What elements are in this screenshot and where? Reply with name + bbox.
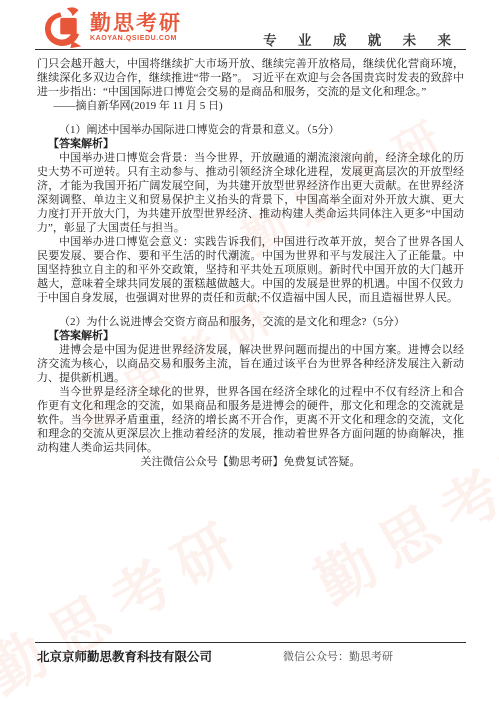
brand-url: KAOYAN.QSIEDU.COM — [90, 35, 182, 42]
question-1: （1）阐述中国举办国际进口博览会的背景和意义。（5分） — [37, 123, 464, 137]
page-header: 勤思考研 KAOYAN.QSIEDU.COM 专 业 成 就 未 来 — [37, 6, 466, 49]
document-page: 勤思考研 勤思考研 勤思考研 勤思考研 勤思考研 KAOYAN.QSIEDU.C… — [0, 0, 499, 703]
wechat-cta-line: 关注微信公众号【勤思考研】免费复试答疑。 — [37, 455, 464, 469]
answer-2-paragraph-1: 进博会是中国为促进世界经济发展，解决世界问题而提出的中国方案。进博会以经济交流为… — [37, 343, 464, 385]
brand-name: 勤思考研 — [90, 13, 182, 35]
brand-watermark: 勤思考研 — [0, 494, 260, 703]
brand-text-block: 勤思考研 KAOYAN.QSIEDU.COM — [90, 13, 182, 42]
qinsi-logo-icon — [41, 6, 85, 50]
brand-tagline: 专 业 成 就 未 来 — [263, 29, 460, 49]
header-divider — [35, 49, 466, 50]
answer-1-paragraph-1: 中国举办进口博览会背景：当今世界，开放融通的潮流滚滚向前，经济全球化的历史大势不… — [37, 151, 464, 235]
document-content: 门只会越开越大，中国将继续扩大市场开放、继续完善开放格局，继续优化营商环境，继续… — [37, 57, 464, 469]
brand-logo: 勤思考研 KAOYAN.QSIEDU.COM — [41, 6, 182, 50]
spacer — [37, 305, 464, 315]
source-line: ——摘自新华网(2019 年 11 月 5 日) — [37, 99, 464, 113]
company-name: 北京京师勤思教育科技有限公司 — [37, 647, 212, 665]
answer-2-paragraph-2: 当今世界是经济全球化的世界，世界各国在经济全球化的过程中不仅有经济上和合作更有文… — [37, 385, 464, 455]
answer-1-paragraph-2: 中国举办进口博览会意义：实践告诉我们，中国进行改革开放，契合了世界各国人民要发展… — [37, 235, 464, 305]
intro-paragraph: 门只会越开越大，中国将继续扩大市场开放、继续完善开放格局，继续优化营商环境，继续… — [37, 57, 464, 99]
answer-header-2: 【答案解析】 — [37, 329, 464, 343]
footer-divider — [35, 642, 466, 643]
question-2: （2）为什么说进博会交资方商品和服务，交流的是文化和理念?（5分） — [37, 315, 464, 329]
footer-wechat-account: 微信公众号：勤思考研 — [283, 648, 393, 664]
page-footer: 北京京师勤思教育科技有限公司 微信公众号：勤思考研 — [37, 647, 466, 667]
answer-header-1: 【答案解析】 — [37, 137, 464, 151]
spacer — [37, 113, 464, 123]
